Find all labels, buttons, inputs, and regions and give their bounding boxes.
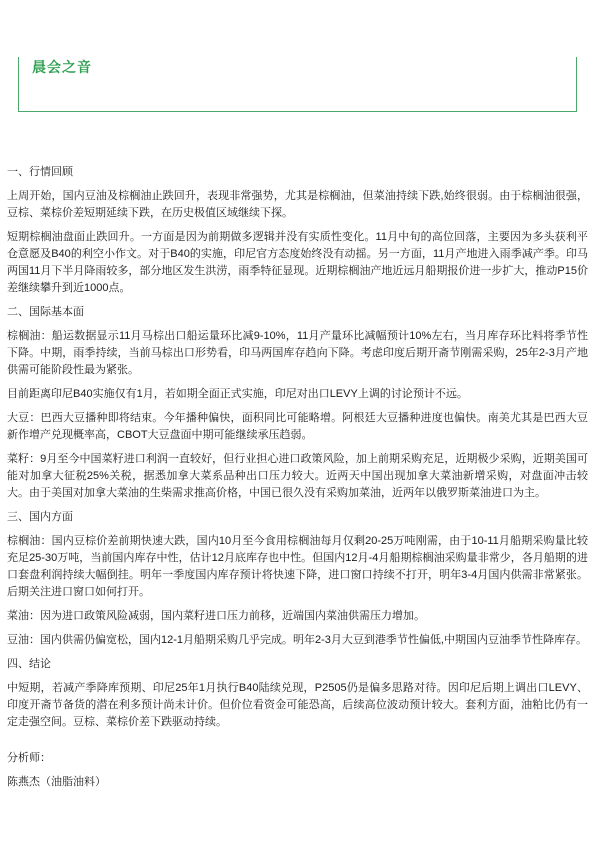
analyst-name: 陈燕杰（油脂油料） <box>7 774 588 791</box>
paragraph-domestic-rapeseed-oil: 菜油：因为进口政策风险减弱，国内菜籽进口压力前移，近端国内菜油供需压力增加。 <box>7 608 588 625</box>
paragraph-intl-soybean: 大豆：巴西大豆播种即将结束。今年播种偏快，面积同比可能略增。阿根廷大豆播种进度也… <box>7 410 588 444</box>
section-heading-international-fundamentals: 二、国际基本面 <box>7 304 588 321</box>
paragraph-intl-palm-oil: 棕榈油：船运数据显示11月马棕出口船运量环比减9-10%，11月产量环比减幅预计… <box>7 328 588 379</box>
paragraph-market-review-1: 上周开始，国内豆油及棕榈油止跌回升，表现非常强势，尤其是棕榈油，但菜油持续下跌,… <box>7 188 588 222</box>
section-heading-conclusion: 四、结论 <box>7 656 588 673</box>
report-page: 晨会之音 一、行情回顾 上周开始，国内豆油及棕榈油止跌回升，表现非常强势，尤其是… <box>0 0 595 842</box>
section-heading-domestic: 三、国内方面 <box>7 509 588 526</box>
report-body: 一、行情回顾 上周开始，国内豆油及棕榈油止跌回升，表现非常强势，尤其是棕榈油，但… <box>7 164 588 791</box>
section-heading-market-review: 一、行情回顾 <box>7 164 588 181</box>
report-header-box: 晨会之音 <box>18 57 577 112</box>
analyst-label: 分析师： <box>7 750 588 767</box>
paragraph-intl-b40-levy: 目前距离印尼B40实施仅有1月，若如期全面正式实施，印尼对出口LEVY上调的讨论… <box>7 386 588 403</box>
report-title: 晨会之音 <box>32 57 576 77</box>
paragraph-domestic-soybean-oil: 豆油：国内供需仍偏宽松，国内12-1月船期采购几乎完成。明年2-3月大豆到港季节… <box>7 632 588 649</box>
paragraph-conclusion: 中短期，若减产季降库预期、印尼25年1月执行B40陆续兑现，P2505仍是偏多思… <box>7 680 588 731</box>
paragraph-intl-rapeseed: 菜籽：9月至今中国菜籽进口利润一直较好，但行业担心进口政策风险，加上前期采购充足… <box>7 451 588 502</box>
paragraph-domestic-palm-oil: 棕榈油：国内豆棕价差前期快速大跌，国内10月至今食用棕榈油每月仅剩20-25万吨… <box>7 533 588 601</box>
paragraph-market-review-2: 短期棕榈油盘面止跌回升。一方面是因为前期做多逻辑并没有实质性变化。11月中旬的高… <box>7 229 588 297</box>
